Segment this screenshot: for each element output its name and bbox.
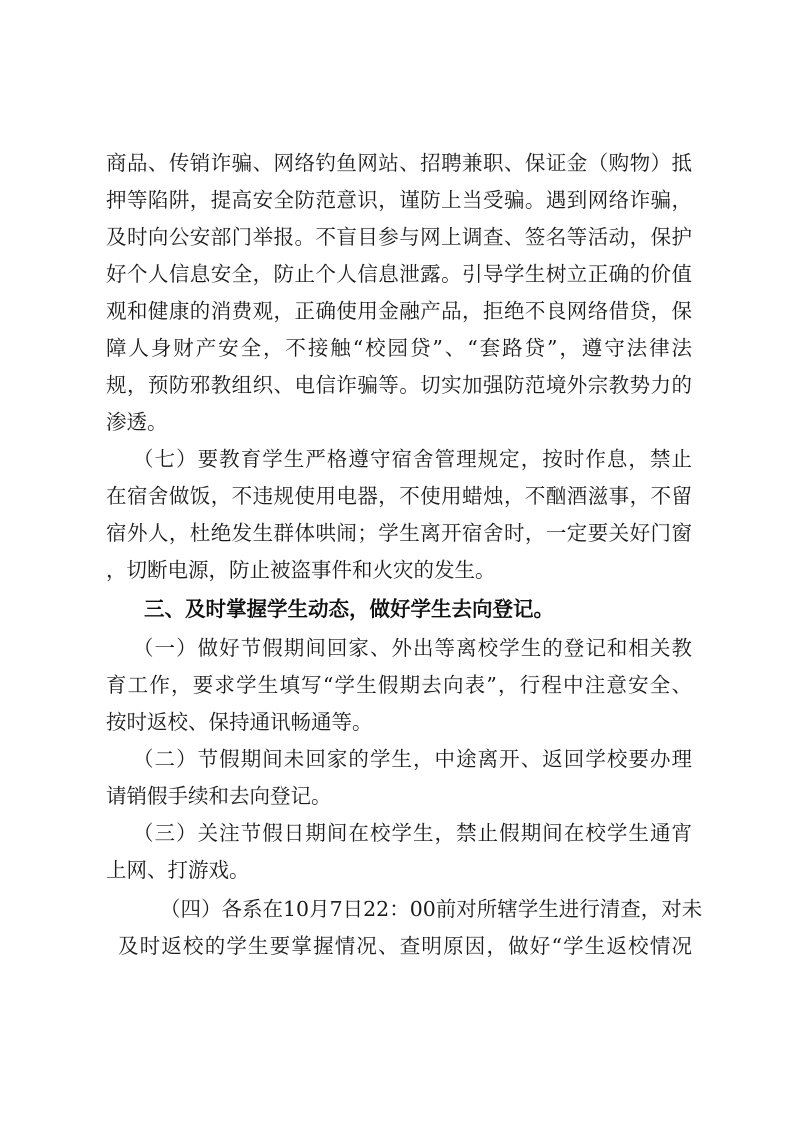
item-seven-line: （七）要教育学生严格遵守宿舍管理规定，按时作息，禁止	[133, 446, 692, 472]
item-seven-line: 在宿舍做饭，不违规使用电器，不使用蜡烛，不酗酒滋事，不留	[106, 483, 692, 509]
item-four-line: 及时返校的学生要掌握情况、查明原因，做好“学生返校情况	[118, 933, 692, 959]
paragraph-line: 押等陷阱，提高安全防范意识，谨防上当受骗。遇到网络诈骗，	[106, 187, 692, 213]
paragraph-line: 渗透。	[106, 409, 168, 435]
item-two-line: （二）节假期间未回家的学生，中途离开、返回学校要办理	[133, 746, 692, 772]
item-one-line: 按时返校、保持通讯畅通等。	[106, 709, 373, 735]
item-four-line: （四）各系在10月7日22：00前对所辖学生进行清查，对未	[160, 896, 692, 922]
paragraph-line: 及时向公安部门举报。不盲目参与网上调查、签名等活动，保护	[106, 224, 692, 250]
paragraph-line: 观和健康的消费观，正确使用金融产品，拒绝不良网络借贷，保	[106, 298, 692, 324]
item-one-line: （一）做好节假期间回家、外出等离校学生的登记和相关教	[133, 635, 692, 661]
paragraph-line: 障人身财产安全，不接触“校园贷”、“套路贷”，遵守法律法	[106, 335, 692, 361]
item-one-line: 育工作，要求学生填写“学生假期去向表”，行程中注意安全、	[106, 672, 692, 698]
item-three-line: （三）关注节假日期间在校学生，禁止假期间在校学生通宵	[133, 820, 692, 846]
item-seven-line: ，切断电源，防止被盗事件和火灾的发生。	[106, 557, 496, 583]
paragraph-line: 好个人信息安全，防止个人信息泄露。引导学生树立正确的价值	[106, 261, 692, 287]
item-three-line: 上网、打游戏。	[106, 857, 250, 883]
document-page: 商品、传销诈骗、网络钓鱼网站、招聘兼职、保证金（购物）抵 押等陷阱，提高安全防范…	[0, 0, 793, 1122]
section-heading: 三、及时掌握学生动态，做好学生去向登记。	[144, 596, 554, 622]
item-seven-line: 宿外人，杜绝发生群体哄闹；学生离开宿舍时，一定要关好门窗	[106, 520, 692, 546]
item-two-line: 请销假手续和去向登记。	[106, 783, 332, 809]
paragraph-line: 规，预防邪教组织、电信诈骗等。切实加强防范境外宗教势力的	[106, 372, 692, 398]
paragraph-line: 商品、传销诈骗、网络钓鱼网站、招聘兼职、保证金（购物）抵	[106, 150, 692, 176]
